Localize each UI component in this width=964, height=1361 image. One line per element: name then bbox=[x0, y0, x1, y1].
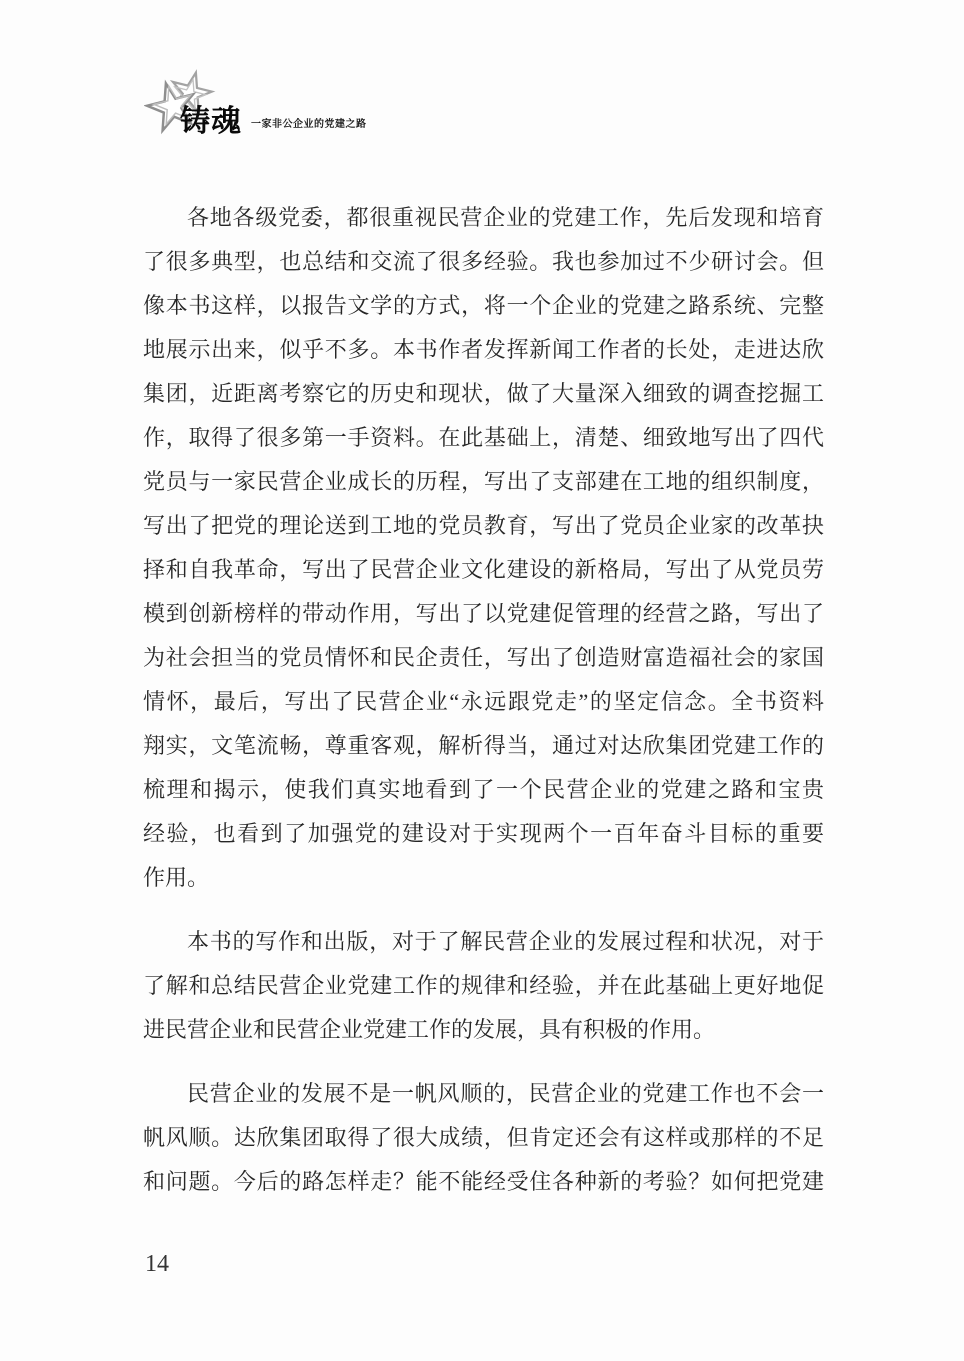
text-line: 集团，近距离考察它的历史和现状，做了大量深入细致的调查挖掘工 bbox=[143, 372, 824, 416]
text-line: 情怀，最后，写出了民营企业“永远跟党走”的坚定信念。全书资料 bbox=[143, 680, 824, 724]
text-line: 民营企业的发展不是一帆风顺的，民营企业的党建工作也不会一 bbox=[143, 1072, 824, 1116]
logo-subtitle: 一家非公企业的党建之路 bbox=[251, 120, 367, 130]
book-page: 铸魂 一家非公企业的党建之路 各地各级党委，都很重视民营企业的党建工作，先后发现… bbox=[0, 0, 964, 1361]
text-line: 作用。 bbox=[143, 856, 824, 900]
text-line: 翔实，文笔流畅，尊重客观，解析得当，通过对达欣集团党建工作的 bbox=[143, 724, 824, 768]
paragraph-3: 民营企业的发展不是一帆风顺的，民营企业的党建工作也不会一 帆风顺。达欣集团取得了… bbox=[143, 1072, 824, 1204]
text-line: 本书的写作和出版，对于了解民营企业的发展过程和状况，对于 bbox=[143, 920, 824, 964]
header-logo: 铸魂 一家非公企业的党建之路 bbox=[144, 66, 367, 140]
text-line: 进民营企业和民营企业党建工作的发展，具有积极的作用。 bbox=[143, 1008, 824, 1052]
text-line: 地展示出来，似乎不多。本书作者发挥新闻工作者的长处，走进达欣 bbox=[143, 328, 824, 372]
text-line: 择和自我革命，写出了民营企业文化建设的新格局，写出了从党员劳 bbox=[143, 548, 824, 592]
paragraph-1: 各地各级党委，都很重视民营企业的党建工作，先后发现和培育 了很多典型，也总结和交… bbox=[143, 196, 824, 900]
text-line: 帆风顺。达欣集团取得了很大成绩，但肯定还会有这样或那样的不足 bbox=[143, 1116, 824, 1160]
text-line: 写出了把党的理论送到工地的党员教育，写出了党员企业家的改革抉 bbox=[143, 504, 824, 548]
text-line: 梳理和揭示，使我们真实地看到了一个民营企业的党建之路和宝贵 bbox=[143, 768, 824, 812]
text-line: 为社会担当的党员情怀和民企责任，写出了创造财富造福社会的家国 bbox=[143, 636, 824, 680]
text-line: 经验，也看到了加强党的建设对于实现两个一百年奋斗目标的重要 bbox=[143, 812, 824, 856]
text-line: 了很多典型，也总结和交流了很多经验。我也参加过不少研讨会。但 bbox=[143, 240, 824, 284]
paragraph-2: 本书的写作和出版，对于了解民营企业的发展过程和状况，对于 了解和总结民营企业党建… bbox=[143, 920, 824, 1052]
text-line: 作，取得了很多第一手资料。在此基础上，清楚、细致地写出了四代 bbox=[143, 416, 824, 460]
text-line: 像本书这样，以报告文学的方式，将一个企业的党建之路系统、完整 bbox=[143, 284, 824, 328]
text-line: 各地各级党委，都很重视民营企业的党建工作，先后发现和培育 bbox=[143, 196, 824, 240]
text-line: 党员与一家民营企业成长的历程，写出了支部建在工地的组织制度， bbox=[143, 460, 824, 504]
text-line: 和问题。今后的路怎样走？能不能经受住各种新的考验？如何把党建 bbox=[143, 1160, 824, 1204]
text-line: 了解和总结民营企业党建工作的规律和经验，并在此基础上更好地促 bbox=[143, 964, 824, 1008]
text-line: 模到创新榜样的带动作用，写出了以党建促管理的经营之路，写出了 bbox=[143, 592, 824, 636]
page-number: 14 bbox=[145, 1248, 169, 1280]
page-content: 各地各级党委，都很重视民营企业的党建工作，先后发现和培育 了很多典型，也总结和交… bbox=[143, 196, 824, 1204]
logo-title: 铸魂 bbox=[180, 107, 242, 137]
